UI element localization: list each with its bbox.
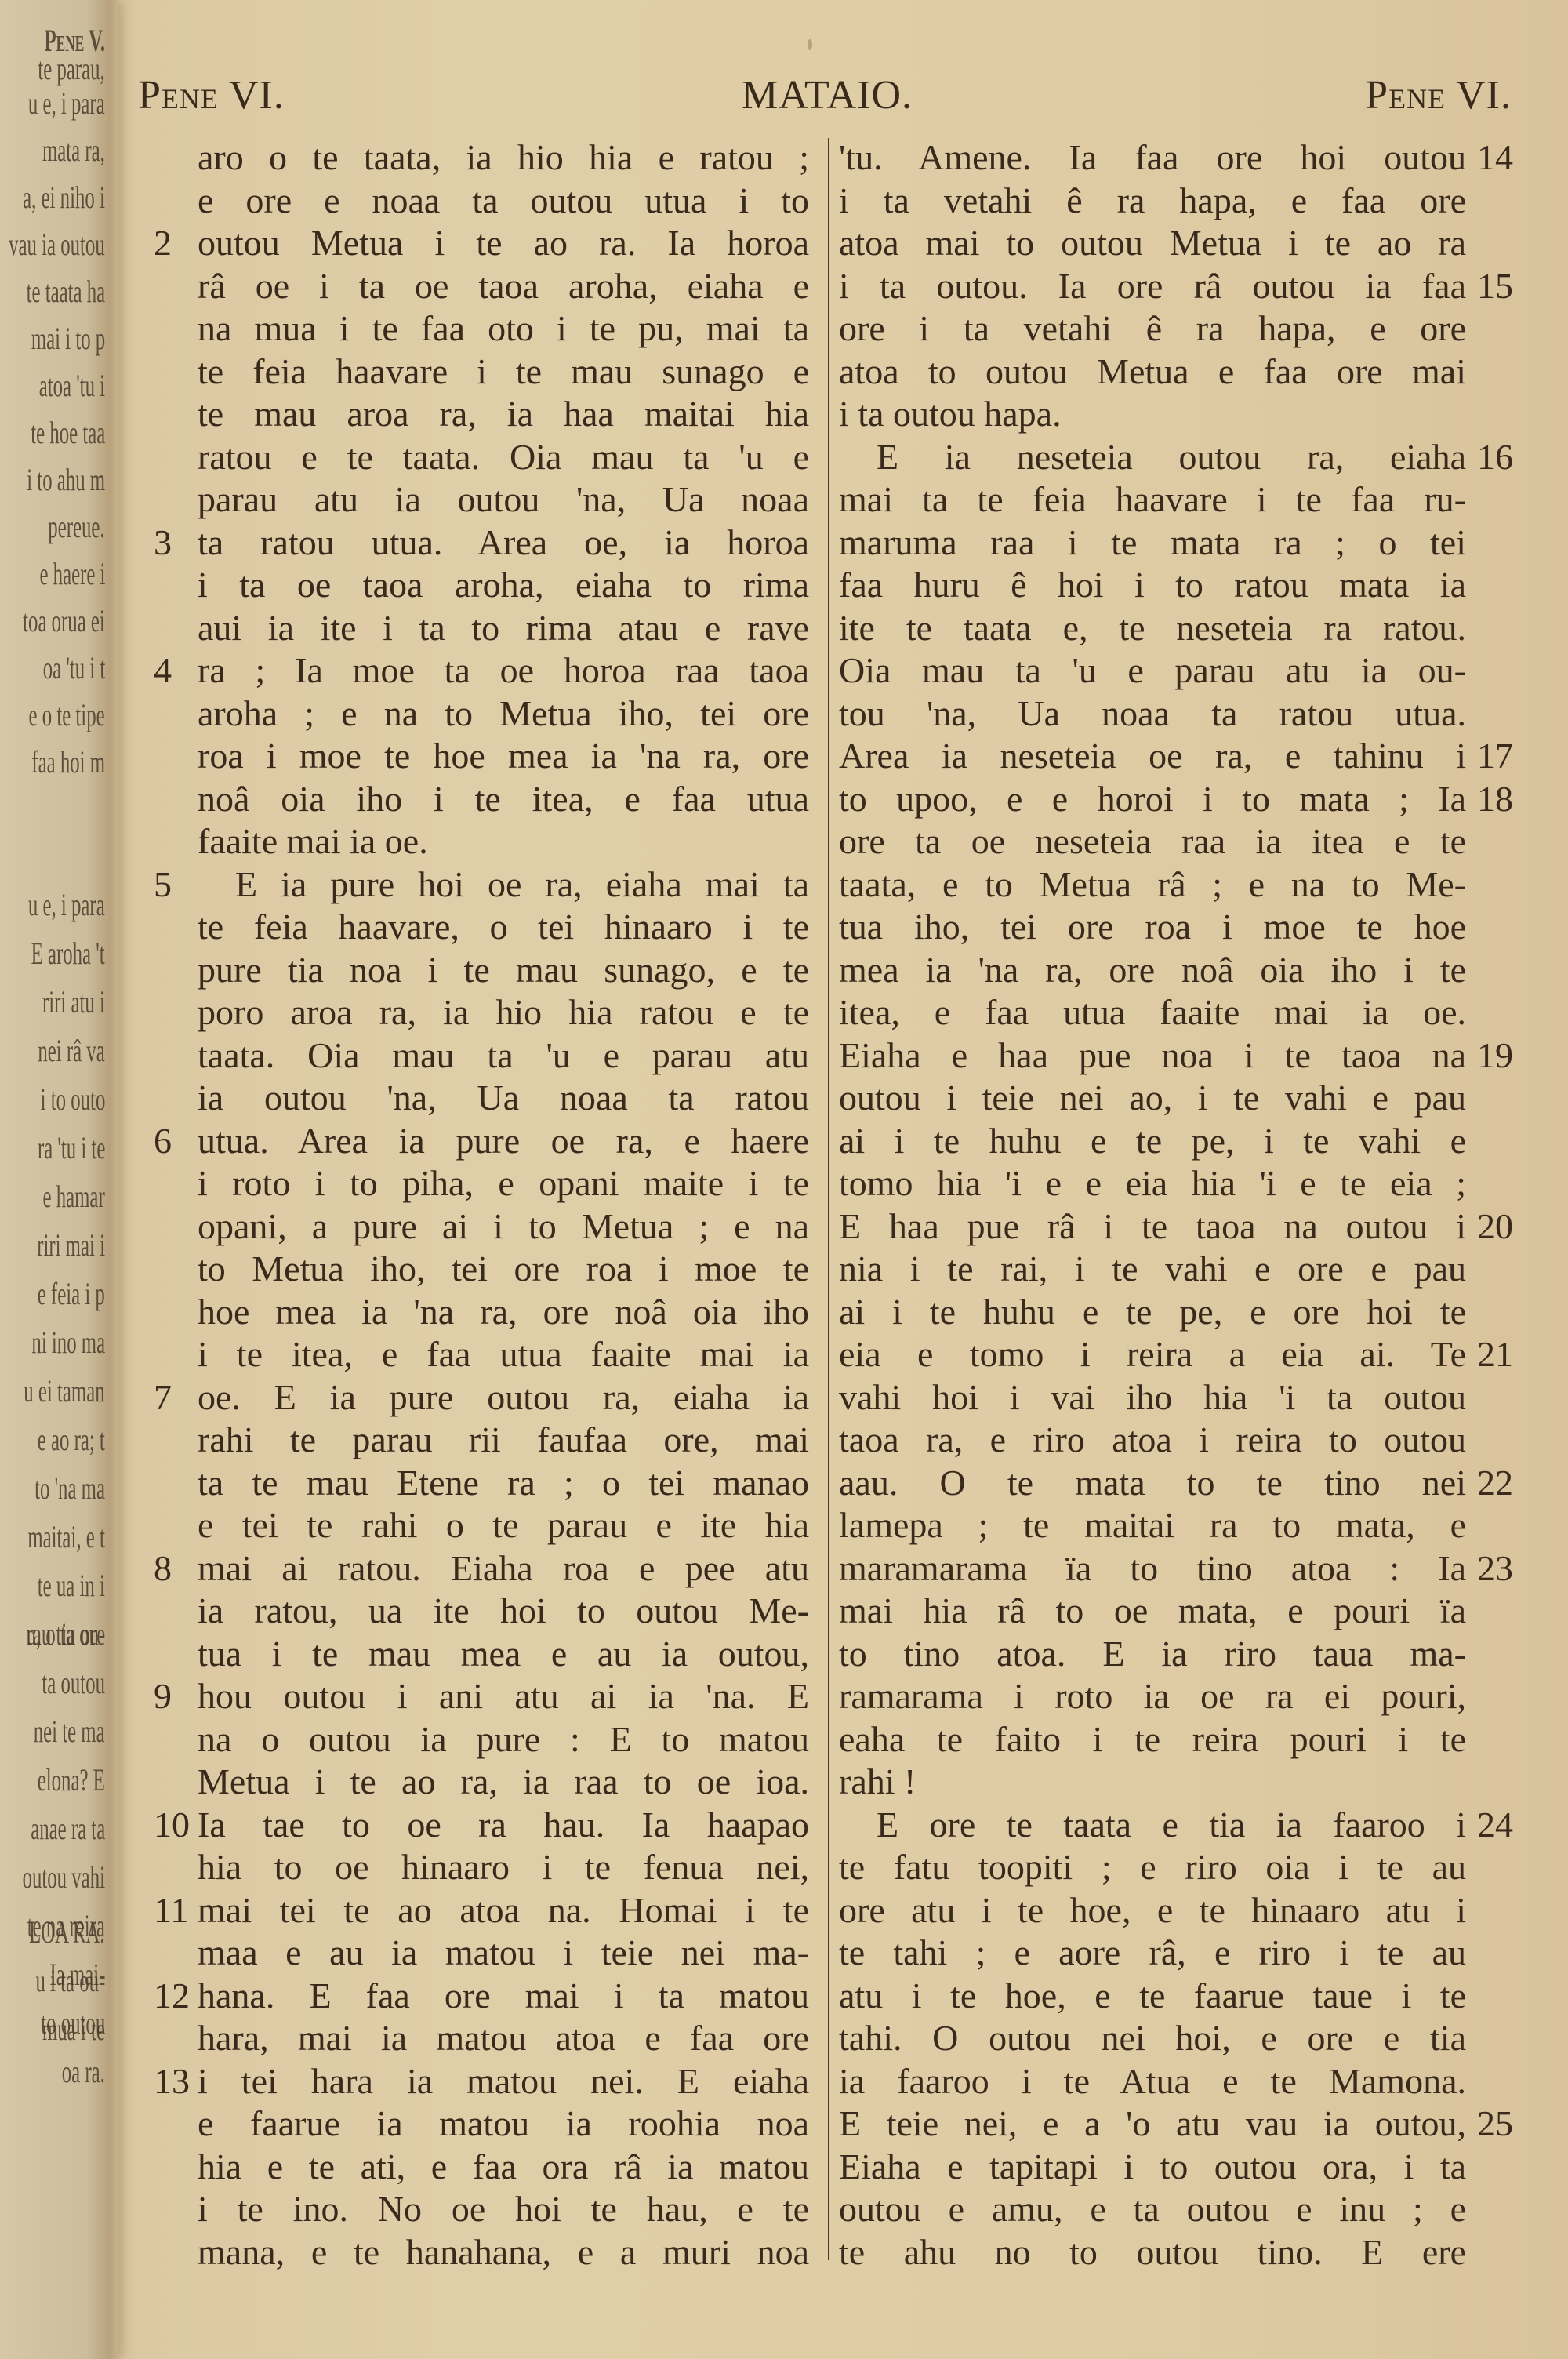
verse-text: te feia haavare, o tei hinaaro i te xyxy=(198,906,809,949)
text-line: ia outou 'na, Ua noaa ta ratou xyxy=(154,1077,828,1120)
facing-page-line: a, ei niho i xyxy=(23,179,105,216)
facing-page-line: nei râ va xyxy=(38,1032,105,1069)
facing-page-line: u e, i para xyxy=(28,85,105,122)
text-line: 4ra ; Ia moe ta oe horoa raa taoa xyxy=(154,649,828,692)
verse-text: utua. Area ia pure oe ra, e haere xyxy=(198,1120,809,1163)
facing-page-line: ta outou xyxy=(42,1664,105,1701)
facing-page-line: e o te tipe xyxy=(29,696,105,733)
text-line: 22aau. O te mata to te tino nei xyxy=(837,1462,1527,1505)
facing-page-line: pereue. xyxy=(49,508,105,545)
verse-text: ra ; Ia moe ta oe horoa raa taoa xyxy=(198,649,809,692)
text-line: râ oe i ta oe taoa aroha, eiaha e xyxy=(154,265,828,308)
verse-text: E teie nei, e a 'o atu vau ia outou, xyxy=(839,2103,1466,2146)
verse-number: 2 xyxy=(154,222,193,265)
verse-text: tua iho, tei ore roa i moe te hoe xyxy=(839,906,1466,949)
facing-page-line: i to ahu m xyxy=(27,461,105,498)
text-line: lamepa ; te maitai ra to mata, e xyxy=(837,1504,1527,1547)
facing-page-line: mua i te xyxy=(42,2011,105,2048)
text-line: tua i te mau mea e au ia outou, xyxy=(154,1633,828,1676)
facing-page-line: maitai, e t xyxy=(28,1518,105,1555)
facing-page-line: outou vahi xyxy=(23,1859,105,1896)
verse-number: 9 xyxy=(154,1675,193,1718)
verse-text: ta te mau Etene ra ; o tei manao xyxy=(198,1462,809,1505)
text-line: Oia mau ta 'u e parau atu ia ou- xyxy=(837,649,1527,692)
text-line: e tei te rahi o te parau e ite hia xyxy=(154,1504,828,1547)
verse-text: outou e amu, e ta outou e inu ; e xyxy=(839,2188,1466,2231)
verse-text: aroha ; e na to Metua iho, tei ore xyxy=(198,692,809,736)
verse-number: 19 xyxy=(1477,1034,1524,1078)
verse-text: e faarue ia matou ia roohia noa xyxy=(198,2103,809,2146)
text-line: tou 'na, Ua noaa ta ratou utua. xyxy=(837,692,1527,736)
text-line: 12hana. E faa ore mai i ta matou xyxy=(154,1975,828,2018)
text-line: 17Area ia neseteia oe ra, e tahinu i xyxy=(837,735,1527,778)
facing-page-line: ni ino ma xyxy=(31,1324,105,1361)
text-line: e faarue ia matou ia roohia noa xyxy=(154,2103,828,2146)
verse-number: 23 xyxy=(1477,1547,1524,1590)
verse-text: Eiaha e tapitapi i to outou ora, i ta xyxy=(839,2146,1466,2189)
verse-number: 21 xyxy=(1477,1333,1524,1376)
verse-number: 11 xyxy=(154,1889,193,1932)
text-line: tua iho, tei ore roa i moe te hoe xyxy=(837,906,1527,949)
verse-text: vahi hoi i vai iho hia 'i ta outou xyxy=(839,1376,1466,1419)
text-line: i te ino. No oe hoi te hau, e te xyxy=(154,2188,828,2231)
text-line: outou e amu, e ta outou e inu ; e xyxy=(837,2188,1527,2231)
text-line: hara, mai ia matou atoa e faa ore xyxy=(154,2017,828,2060)
verse-text: hara, mai ia matou atoa e faa ore xyxy=(198,2017,809,2060)
verse-text: ore atu i te hoe, e te hinaaro atu i xyxy=(839,1889,1466,1932)
text-line: ore ta oe neseteia raa ia itea e te xyxy=(837,820,1527,863)
facing-page-line: anae ra ta xyxy=(31,1810,105,1847)
verse-text: hou outou i ani atu ai ia 'na. E xyxy=(198,1675,809,1718)
text-line: ia ratou, ua ite hoi to outou Me- xyxy=(154,1590,828,1633)
verse-text: eia e tomo i reira a eia ai. Te xyxy=(839,1333,1466,1376)
verse-number: 6 xyxy=(154,1120,193,1163)
left-text-column: aro o te taata, ia hio hia e ratou ;e or… xyxy=(154,136,828,2274)
verse-number: 13 xyxy=(154,2060,193,2103)
text-line: mai ta te feia haavare i te faa ru- xyxy=(837,478,1527,522)
verse-number: 10 xyxy=(154,1804,193,1847)
verse-text: mai hia râ to oe mata, e pouri ïa xyxy=(839,1590,1466,1633)
text-line: ai i te huhu e te pe, i te vahi e xyxy=(837,1120,1527,1163)
verse-text: i roto i to piha, e opani maite i te xyxy=(198,1162,809,1205)
verse-text: i ta outou hapa. xyxy=(839,393,1466,436)
text-line: mana, e te hanahana, e a muri noa xyxy=(154,2231,828,2274)
text-line: itea, e faa utua faaite mai ia oe. xyxy=(837,991,1527,1034)
facing-page-line: u ei taman xyxy=(24,1372,105,1409)
verse-text: to tino atoa. E ia riro taua ma- xyxy=(839,1633,1466,1676)
text-line: Metua i te ao ra, ia raa to oe ioa. xyxy=(154,1761,828,1804)
verse-text: hia e te ati, e faa ora râ ia matou xyxy=(198,2146,809,2189)
verse-text: i ta outou. Ia ore râ outou ia faa xyxy=(839,265,1466,308)
text-line: atoa mai to outou Metua i te ao ra xyxy=(837,222,1527,265)
text-line: pure tia noa i te mau sunago, e te xyxy=(154,949,828,992)
text-line: 11mai tei te ao atoa na. Homai i te xyxy=(154,1889,828,1932)
text-line: atu i te hoe, e te faarue taue i te xyxy=(837,1975,1527,2018)
verse-text: ramarama i roto ia oe ra ei pouri, xyxy=(839,1675,1466,1718)
verse-text: mai ai ratou. Eiaha roa e pee atu xyxy=(198,1547,809,1590)
verse-text: i tei hara ia matou nei. E eiaha xyxy=(198,2060,809,2103)
text-line: 15i ta outou. Ia ore râ outou ia faa xyxy=(837,265,1527,308)
text-line: ai i te huhu e te pe, e ore hoi te xyxy=(837,1291,1527,1334)
text-line: maruma raa i te mata ra ; o tei xyxy=(837,522,1527,565)
verse-number: 20 xyxy=(1477,1205,1524,1249)
verse-text: mai tei te ao atoa na. Homai i te xyxy=(198,1889,809,1932)
verse-text: tahi. O outou nei hoi, e ore e tia xyxy=(839,2017,1466,2060)
verse-text: e ore e noaa ta outou utua i to xyxy=(198,180,809,223)
text-line: 19Eiaha e haa pue noa i te taoa na xyxy=(837,1034,1527,1078)
text-line: aui ia ite i ta to rima atau e rave xyxy=(154,607,828,650)
text-line: ratou e te taata. Oia mau ta 'u e xyxy=(154,436,828,479)
text-line: poro aroa ra, ia hio hia ratou e te xyxy=(154,991,828,1034)
verse-text: Area ia neseteia oe ra, e tahinu i xyxy=(839,735,1466,778)
verse-number: 18 xyxy=(1477,778,1524,821)
verse-text: eaha te faito i te reira pouri i te xyxy=(839,1718,1466,1761)
verse-text: ite te taata e, te neseteia ra ratou. xyxy=(839,607,1466,650)
text-line: tahi. O outou nei hoi, e ore e tia xyxy=(837,2017,1527,2060)
verse-text: mana, e te hanahana, e a muri noa xyxy=(198,2231,809,2274)
text-line: outou i teie nei ao, i te vahi e pau xyxy=(837,1077,1527,1120)
verse-number: 16 xyxy=(1477,436,1524,479)
text-line: i ta vetahi ê ra hapa, e faa ore xyxy=(837,180,1527,223)
text-line: 10Ia tae to oe ra hau. Ia haapao xyxy=(154,1804,828,1847)
verse-text: râ oe i ta oe taoa aroha, eiaha e xyxy=(198,265,809,308)
facing-page-line: u, o ta ou- xyxy=(26,1616,105,1652)
facing-page-line: e hamar xyxy=(43,1178,105,1215)
facing-page-line: te taata ha xyxy=(26,273,105,310)
text-line: to Metua iho, tei ore roa i moe te xyxy=(154,1248,828,1291)
text-line: atoa to outou Metua e faa ore mai xyxy=(837,351,1527,394)
verse-text: na mua i te faa oto i te pu, mai ta xyxy=(198,307,809,351)
text-line: i ta outou hapa. xyxy=(837,393,1527,436)
verse-number: 3 xyxy=(154,522,193,565)
verse-text: te ahu no to outou tino. E ere xyxy=(839,2231,1466,2274)
verse-text: i ta oe taoa aroha, eiaha to rima xyxy=(198,564,809,607)
facing-page-line: ra 'tu i te xyxy=(38,1129,105,1166)
text-line: 23maramarama ïa to tino atoa : Ia xyxy=(837,1547,1527,1590)
text-line: roa i moe te hoe mea ia 'na ra, ore xyxy=(154,735,828,778)
text-line: faaite mai ia oe. xyxy=(154,820,828,863)
verse-text: aui ia ite i ta to rima atau e rave xyxy=(198,607,809,650)
verse-number: 14 xyxy=(1477,136,1524,180)
verse-text: te tahi ; e aore râ, e riro i te au xyxy=(839,1932,1466,1975)
verse-text: itea, e faa utua faaite mai ia oe. xyxy=(839,991,1466,1034)
verse-text: Eiaha e haa pue noa i te taoa na xyxy=(839,1034,1466,1078)
verse-text: ore i ta vetahi ê ra hapa, e ore xyxy=(839,307,1466,351)
verse-text: te feia haavare i te mau sunago e xyxy=(198,351,809,394)
facing-page-line: te ua in i xyxy=(38,1567,105,1604)
facing-page-line: mai i to p xyxy=(31,320,105,357)
verse-text: atoa mai to outou Metua i te ao ra xyxy=(839,222,1466,265)
column-divider xyxy=(828,138,829,2260)
text-line: 13i tei hara ia matou nei. E eiaha xyxy=(154,2060,828,2103)
verse-text: tua i te mau mea e au ia outou, xyxy=(198,1633,809,1676)
verse-text: atoa to outou Metua e faa ore mai xyxy=(839,351,1466,394)
verse-text: noâ oia iho i te itea, e faa utua xyxy=(198,778,809,821)
text-line: i te itea, e faa utua faaite mai ia xyxy=(154,1333,828,1376)
verse-text: lamepa ; te maitai ra to mata, e xyxy=(839,1504,1466,1547)
facing-page-line: oa ra. xyxy=(62,2053,105,2090)
text-line: taoa ra, e riro atoa i reira to outou xyxy=(837,1419,1527,1462)
text-line: 8mai ai ratou. Eiaha roa e pee atu xyxy=(154,1547,828,1590)
text-line: te mau aroa ra, ia haa maitai hia xyxy=(154,393,828,436)
text-line: 14'tu. Amene. Ia faa ore hoi outou xyxy=(837,136,1527,180)
verse-text: Metua i te ao ra, ia raa to oe ioa. xyxy=(198,1761,809,1804)
text-line: mea ia 'na ra, ore noâ oia iho i te xyxy=(837,949,1527,992)
facing-page-line: te parau, xyxy=(38,50,105,87)
text-line: e ore e noaa ta outou utua i to xyxy=(154,180,828,223)
text-line: 24E ore te taata e tia ia faaroo i xyxy=(837,1804,1527,1847)
text-line: Eiaha e tapitapi i to outou ora, i ta xyxy=(837,2146,1527,2189)
verse-text: faa huru ê hoi i to ratou mata ia xyxy=(839,564,1466,607)
verse-number: 7 xyxy=(154,1376,193,1419)
facing-page-line: u e, i para xyxy=(28,886,105,923)
text-line: 7oe. E ia pure outou ra, eiaha ia xyxy=(154,1376,828,1419)
text-line: hia e te ati, e faa ora râ ia matou xyxy=(154,2146,828,2189)
facing-page-line: atoa 'tu i xyxy=(39,367,105,404)
text-line: mai hia râ to oe mata, e pouri ïa xyxy=(837,1590,1527,1633)
text-line: ore atu i te hoe, e te hinaaro atu i xyxy=(837,1889,1527,1932)
verse-text: nia i te rai, i te vahi e ore e pau xyxy=(839,1248,1466,1291)
facing-page-line: i to outo xyxy=(40,1081,105,1118)
facing-page-line: oa 'tu i t xyxy=(42,649,105,686)
verse-text: oe. E ia pure outou ra, eiaha ia xyxy=(198,1376,809,1419)
text-line: 3ta ratou utua. Area oe, ia horoa xyxy=(154,522,828,565)
verse-text: parau atu ia outou 'na, Ua noaa xyxy=(198,478,809,522)
verse-text: ia faaroo i te Atua e te Mamona. xyxy=(839,2060,1466,2103)
verse-text: ia outou 'na, Ua noaa ta ratou xyxy=(198,1077,809,1120)
text-line: to tino atoa. E ia riro taua ma- xyxy=(837,1633,1527,1676)
text-line: 18to upoo, e e horoi i to mata ; Ia xyxy=(837,778,1527,821)
text-line: na mua i te faa oto i te pu, mai ta xyxy=(154,307,828,351)
text-line: ore i ta vetahi ê ra hapa, e ore xyxy=(837,307,1527,351)
chapter-label-left: Pene VI. xyxy=(138,72,285,118)
text-line: eaha te faito i te reira pouri i te xyxy=(837,1718,1527,1761)
verse-text: faaite mai ia oe. xyxy=(198,820,809,863)
verse-text: outou Metua i te ao ra. Ia horoa xyxy=(198,222,809,265)
verse-text: maa e au ia matou i teie nei ma- xyxy=(198,1932,809,1975)
book-title: MATAIO. xyxy=(742,72,913,118)
verse-text: to Metua iho, tei ore roa i moe te xyxy=(198,1248,809,1291)
verse-text: e tei te rahi o te parau e ite hia xyxy=(198,1504,809,1547)
facing-page-line: e feia i p xyxy=(38,1275,105,1312)
text-line: rahi te parau rii faufaa ore, mai xyxy=(154,1419,828,1462)
verse-text: ia ratou, ua ite hoi to outou Me- xyxy=(198,1590,809,1633)
text-line: te feia haavare, o tei hinaaro i te xyxy=(154,906,828,949)
text-line: 25E teie nei, e a 'o atu vau ia outou, xyxy=(837,2103,1527,2146)
verse-text: maruma raa i te mata ra ; o tei xyxy=(839,522,1466,565)
verse-text: 'tu. Amene. Ia faa ore hoi outou xyxy=(839,136,1466,180)
verse-text: roa i moe te hoe mea ia 'na ra, ore xyxy=(198,735,809,778)
text-line: i roto i to piha, e opani maite i te xyxy=(154,1162,828,1205)
verse-number: 12 xyxy=(154,1975,193,2018)
verse-text: ratou e te taata. Oia mau ta 'u e xyxy=(198,436,809,479)
verse-text: tou 'na, Ua noaa ta ratou utua. xyxy=(839,692,1466,736)
text-line: te ahu no to outou tino. E ere xyxy=(837,2231,1527,2274)
right-text-column: 14'tu. Amene. Ia faa ore hoi outoui ta v… xyxy=(837,136,1527,2274)
text-line: taata, e to Metua râ ; e na to Me- xyxy=(837,863,1527,907)
verse-number: 22 xyxy=(1477,1462,1524,1505)
verse-text: taata, e to Metua râ ; e na to Me- xyxy=(839,863,1466,907)
text-line: rahi ! xyxy=(837,1761,1527,1804)
text-line: parau atu ia outou 'na, Ua noaa xyxy=(154,478,828,522)
verse-text: hoe mea ia 'na ra, ore noâ oia iho xyxy=(198,1291,809,1334)
text-line: 5E ia pure hoi oe ra, eiaha mai ta xyxy=(154,863,828,907)
verse-text: Ia tae to oe ra hau. Ia haapao xyxy=(198,1804,809,1847)
verse-text: i te itea, e faa utua faaite mai ia xyxy=(198,1333,809,1376)
facing-page-line: elona? E xyxy=(38,1761,105,1798)
facing-page-line: nei te ma xyxy=(34,1713,105,1750)
text-line: aro o te taata, ia hio hia e ratou ; xyxy=(154,136,828,180)
verse-text: mai ta te feia haavare i te faa ru- xyxy=(839,478,1466,522)
verse-text: atu i te hoe, e te faarue taue i te xyxy=(839,1975,1466,2018)
text-line: na o outou ia pure : E to matou xyxy=(154,1718,828,1761)
facing-page-line: to 'na ma xyxy=(34,1470,105,1507)
text-line: 6utua. Area ia pure oe ra, e haere xyxy=(154,1120,828,1163)
facing-page-line: E aroha 't xyxy=(31,935,105,972)
facing-page-line: toa orua ei xyxy=(23,602,105,639)
verse-text: rahi te parau rii faufaa ore, mai xyxy=(198,1419,809,1462)
text-line: opani, a pure ai i to Metua ; e na xyxy=(154,1205,828,1249)
facing-page-line: mata ra, xyxy=(42,132,105,169)
verse-text: te mau aroa ra, ia haa maitai hia xyxy=(198,393,809,436)
facing-page-line: u i ta ou- xyxy=(35,1962,105,1999)
verse-number: 4 xyxy=(154,649,193,692)
facing-page-edge: Pene V.te parau,u e, i paramata ra,a, ei… xyxy=(0,0,118,2359)
verse-text: ore ta oe neseteia raa ia itea e te xyxy=(839,820,1466,863)
verse-text: ai i te huhu e te pe, i te vahi e xyxy=(839,1120,1466,1163)
text-line: vahi hoi i vai iho hia 'i ta outou xyxy=(837,1376,1527,1419)
facing-page-line: LOA RA. xyxy=(30,1914,105,1950)
verse-text: maramarama ïa to tino atoa : Ia xyxy=(839,1547,1466,1590)
text-line: faa huru ê hoi i to ratou mata ia xyxy=(837,564,1527,607)
text-line: 20E haa pue râ i te taoa na outou i xyxy=(837,1205,1527,1249)
verse-number: 8 xyxy=(154,1547,193,1590)
running-head: Pene VI. MATAIO. Pene VI. xyxy=(138,72,1512,119)
verse-number: 25 xyxy=(1477,2103,1524,2146)
text-line: ia faaroo i te Atua e te Mamona. xyxy=(837,2060,1527,2103)
verse-text: opani, a pure ai i to Metua ; e na xyxy=(198,1205,809,1249)
verse-text: taata. Oia mau ta 'u e parau atu xyxy=(198,1034,809,1078)
text-line: hia to oe hinaaro i te fenua nei, xyxy=(154,1846,828,1889)
facing-page-line: riri atu i xyxy=(42,983,105,1020)
verse-text: mea ia 'na ra, ore noâ oia iho i te xyxy=(839,949,1466,992)
text-line: taata. Oia mau ta 'u e parau atu xyxy=(154,1034,828,1078)
verse-text: na o outou ia pure : E to matou xyxy=(198,1718,809,1761)
verse-text: outou i teie nei ao, i te vahi e pau xyxy=(839,1077,1466,1120)
text-line: 21eia e tomo i reira a eia ai. Te xyxy=(837,1333,1527,1376)
text-line: aroha ; e na to Metua iho, tei ore xyxy=(154,692,828,736)
text-line: i ta oe taoa aroha, eiaha to rima xyxy=(154,564,828,607)
facing-page-line: te hoe taa xyxy=(31,414,105,451)
facing-page-line: vau ia outou xyxy=(9,226,105,263)
text-line: hoe mea ia 'na ra, ore noâ oia iho xyxy=(154,1291,828,1334)
ink-spot xyxy=(808,39,812,50)
text-line: te feia haavare i te mau sunago e xyxy=(154,351,828,394)
verse-text: hia to oe hinaaro i te fenua nei, xyxy=(198,1846,809,1889)
text-line: noâ oia iho i te itea, e faa utua xyxy=(154,778,828,821)
chapter-label-right: Pene VI. xyxy=(1365,72,1512,118)
verse-text: i ta vetahi ê ra hapa, e faa ore xyxy=(839,180,1466,223)
verse-text: ai i te huhu e te pe, e ore hoi te xyxy=(839,1291,1466,1334)
verse-text: to upoo, e e horoi i to mata ; Ia xyxy=(839,778,1466,821)
verse-text: E ia neseteia outou ra, eiaha xyxy=(839,436,1466,479)
verse-text: taoa ra, e riro atoa i reira to outou xyxy=(839,1419,1466,1462)
text-line: te tahi ; e aore râ, e riro i te au xyxy=(837,1932,1527,1975)
verse-number: 5 xyxy=(154,863,193,907)
verse-text: E ia pure hoi oe ra, eiaha mai ta xyxy=(198,863,809,907)
verse-text: hana. E faa ore mai i ta matou xyxy=(198,1975,809,2018)
verse-number: 17 xyxy=(1477,735,1524,778)
verse-text: E ore te taata e tia ia faaroo i xyxy=(839,1804,1466,1847)
verse-number: 15 xyxy=(1477,265,1524,308)
verse-number: 24 xyxy=(1477,1804,1524,1847)
text-line: nia i te rai, i te vahi e ore e pau xyxy=(837,1248,1527,1291)
verse-text: aro o te taata, ia hio hia e ratou ; xyxy=(198,136,809,180)
text-line: tomo hia 'i e e eia hia 'i e te eia ; xyxy=(837,1162,1527,1205)
facing-page-line: faa hoi m xyxy=(31,743,105,780)
verse-text: ta ratou utua. Area oe, ia horoa xyxy=(198,522,809,565)
text-line: 9hou outou i ani atu ai ia 'na. E xyxy=(154,1675,828,1718)
text-line: te fatu toopiti ; e riro oia i te au xyxy=(837,1846,1527,1889)
text-line: ramarama i roto ia oe ra ei pouri, xyxy=(837,1675,1527,1718)
verse-text: E haa pue râ i te taoa na outou i xyxy=(839,1205,1466,1249)
verse-text: i te ino. No oe hoi te hau, e te xyxy=(198,2188,809,2231)
verse-text: poro aroa ra, ia hio hia ratou e te xyxy=(198,991,809,1034)
verse-text: tomo hia 'i e e eia hia 'i e te eia ; xyxy=(839,1162,1466,1205)
verse-text: te fatu toopiti ; e riro oia i te au xyxy=(839,1846,1466,1889)
text-line: 16E ia neseteia outou ra, eiaha xyxy=(837,436,1527,479)
text-line: 2outou Metua i te ao ra. Ia horoa xyxy=(154,222,828,265)
facing-page-line: e haere i xyxy=(39,555,105,592)
verse-text: Oia mau ta 'u e parau atu ia ou- xyxy=(839,649,1466,692)
facing-page-line: riri mai i xyxy=(37,1227,105,1263)
text-line: ta te mau Etene ra ; o tei manao xyxy=(154,1462,828,1505)
text-line: maa e au ia matou i teie nei ma- xyxy=(154,1932,828,1975)
text-line: ite te taata e, te neseteia ra ratou. xyxy=(837,607,1527,650)
verse-text: aau. O te mata to te tino nei xyxy=(839,1462,1466,1505)
verse-text: rahi ! xyxy=(839,1761,1466,1804)
verse-text: pure tia noa i te mau sunago, e te xyxy=(198,949,809,992)
facing-page-line: e ao ra; t xyxy=(38,1421,105,1458)
